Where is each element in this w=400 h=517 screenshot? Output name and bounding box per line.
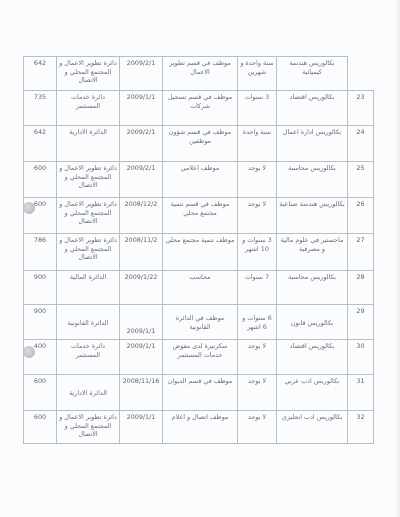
table-row: 600دائرة تطوير الاعمال و المجتمع المحلي … — [24, 198, 374, 234]
row-number-cell: 27 — [348, 234, 374, 271]
department-cell: دائرة تطوير الاعمال و المجتمع المحلي و ا… — [57, 162, 120, 198]
date-cell: 2009/2/1 — [120, 57, 163, 91]
job-title-cell: موظف تنمية مجتمع محلي — [163, 234, 238, 271]
department-cell: دائرة تطوير الاعمال و المجتمع المحلي و ا… — [57, 198, 120, 234]
date-cell: 2009/2/1 — [120, 126, 163, 162]
qualification-cell: بكالوريس ادب عربي — [277, 375, 348, 411]
qualification-cell: ماجستير في علوم مالية و مصرفية — [277, 234, 348, 271]
department-cell: الدائرة الادارية — [57, 126, 120, 162]
row-number-cell: 29 — [348, 305, 374, 340]
table-row: 735دائرة خدمات المستثمر2009/1/1موظف في ق… — [24, 91, 374, 126]
department-cell: الدائرة الادارية — [57, 375, 120, 411]
table-row: 400دائرة خدمات المستثمر2009/1/1سكرتيرة ل… — [24, 340, 374, 375]
job-title-cell: موظف اتصال و اعلام — [163, 411, 238, 444]
experience-cell: لا يوجد — [238, 411, 277, 444]
job-title-cell: موظف اعلامي — [163, 162, 238, 198]
row-number-cell: 23 — [348, 91, 374, 126]
date-cell: 2009/1/22 — [120, 271, 163, 305]
date-cell: 2008/11/2 — [120, 234, 163, 271]
department-cell: دائرة تطوير الاعمال و المجتمع المحلي و ا… — [57, 57, 120, 91]
department-cell: الدائرة القانونية — [57, 305, 120, 340]
table-row: 900الدائرة المالية2009/1/22محاسب7 سنواتب… — [24, 271, 374, 305]
experience-cell: لا يوجد — [238, 375, 277, 411]
date-cell: 2009/1/1 — [120, 411, 163, 444]
department-cell: الدائرة المالية — [57, 271, 120, 305]
employee-table: 642دائرة تطوير الاعمال و المجتمع المحلي … — [23, 56, 374, 444]
experience-cell: 3 سنوات — [238, 91, 277, 126]
qualification-cell: بكالوريس ادارة اعمال — [277, 126, 348, 162]
experience-cell: لا يوجد — [238, 162, 277, 198]
table-row: 600الدائرة الادارية2008/11/16موظف في قسم… — [24, 375, 374, 411]
row-number-cell: 32 — [348, 411, 374, 444]
table-row: 642دائرة تطوير الاعمال و المجتمع المحلي … — [24, 57, 374, 91]
date-cell: 2009/2/1 — [120, 162, 163, 198]
salary-cell: 900 — [24, 305, 57, 340]
department-cell: دائرة تطوير الاعمال و المجتمع المحلي و ا… — [57, 411, 120, 444]
salary-cell: 642 — [24, 57, 57, 91]
row-number-cell: 25 — [348, 162, 374, 198]
row-number-cell: 30 — [348, 340, 374, 375]
table-row: 786دائرة تطوير الاعمال و المجتمع المحلي … — [24, 234, 374, 271]
job-title-cell: موظف في قسم شؤون موظفين — [163, 126, 238, 162]
qualification-cell: بكالوريس محاسبة — [277, 271, 348, 305]
table-row: 600دائرة تطوير الاعمال و المجتمع المحلي … — [24, 411, 374, 444]
job-title-cell: موظف في قسم تسجيل شركات — [163, 91, 238, 126]
salary-cell: 642 — [24, 126, 57, 162]
salary-cell: 600 — [24, 198, 57, 234]
date-cell: 2008/11/16 — [120, 375, 163, 411]
salary-cell: 600 — [24, 162, 57, 198]
qualification-cell: بكالوريس محاسبة — [277, 162, 348, 198]
qualification-cell: بكالوريس قانون — [277, 305, 348, 340]
job-title-cell: موظف في قسم الديوان — [163, 375, 238, 411]
row-number-cell — [348, 57, 374, 91]
salary-cell: 735 — [24, 91, 57, 126]
row-number-cell: 26 — [348, 198, 374, 234]
department-cell: دائرة خدمات المستثمر — [57, 91, 120, 126]
job-title-cell: موظف في قسم تنمية مجتمع محلي — [163, 198, 238, 234]
row-number-cell: 24 — [348, 126, 374, 162]
department-cell: دائرة تطوير الاعمال و المجتمع المحلي و ا… — [57, 234, 120, 271]
experience-cell: سنة واحدة و شهرين — [238, 57, 277, 91]
date-cell: 2008/12/2 — [120, 198, 163, 234]
salary-cell: 600 — [24, 375, 57, 411]
job-title-cell: موظف في الدائرة القانونية — [163, 305, 238, 340]
row-number-cell: 28 — [348, 271, 374, 305]
experience-cell: 6 سنوات و 6 اشهر — [238, 305, 277, 340]
experience-cell: 7 سنوات — [238, 271, 277, 305]
table-row: 642الدائرة الادارية2009/2/1موظف في قسم ش… — [24, 126, 374, 162]
qualification-cell: بكالوريس اقتصاد — [277, 91, 348, 126]
date-cell: 2009/1/1 — [120, 91, 163, 126]
salary-cell: 786 — [24, 234, 57, 271]
job-title-cell: سكرتيرة لدى مفوض خدمات المستثمر — [163, 340, 238, 375]
department-cell: دائرة خدمات المستثمر — [57, 340, 120, 375]
salary-cell: 900 — [24, 271, 57, 305]
date-cell: 2009/1/1 — [120, 340, 163, 375]
job-title-cell: محاسب — [163, 271, 238, 305]
qualification-cell: بكالوريس ادب انجليزي — [277, 411, 348, 444]
qualification-cell: بكالوريس اقتصاد — [277, 340, 348, 375]
experience-cell: لا يوجد — [238, 198, 277, 234]
table-row: 600دائرة تطوير الاعمال و المجتمع المحلي … — [24, 162, 374, 198]
row-number-cell: 31 — [348, 375, 374, 411]
qualification-cell: بكالوريس هندسة صناعية — [277, 198, 348, 234]
salary-cell: 600 — [24, 411, 57, 444]
date-cell: 2009/1/1 — [120, 305, 163, 340]
experience-cell: 3 سنوات و 10 اشهر — [238, 234, 277, 271]
qualification-cell: بكالوريس هندسة كيميائية — [277, 57, 348, 91]
experience-cell: لا يوجد — [238, 340, 277, 375]
experience-cell: سنة واحدة — [238, 126, 277, 162]
job-title-cell: موظف في قسم تطوير الاعمال — [163, 57, 238, 91]
salary-cell: 400 — [24, 340, 57, 375]
table-row: 900الدائرة القانونية2009/1/1موظف في الدا… — [24, 305, 374, 340]
